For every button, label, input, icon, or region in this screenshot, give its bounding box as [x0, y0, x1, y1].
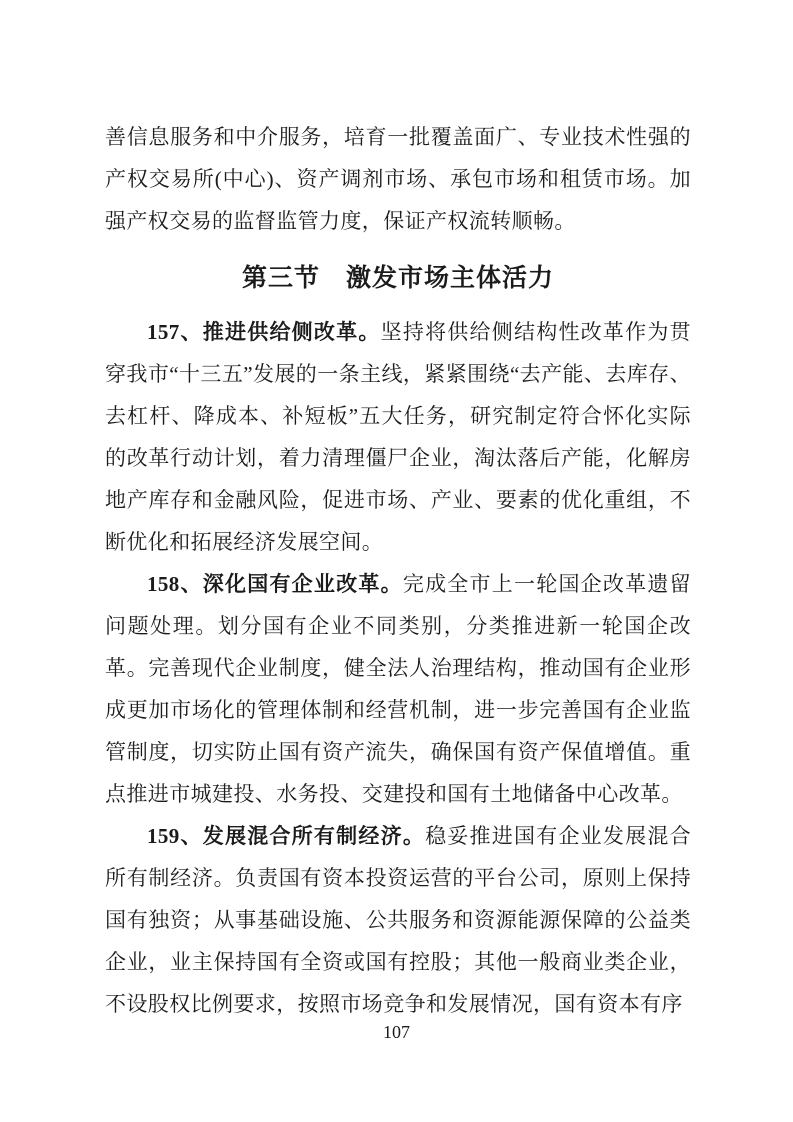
- paragraph-157-lead: 157、推进供给侧改革。: [147, 320, 381, 344]
- paragraph-157-text: 坚持将供给侧结构性改革作为贯穿我市“十三五”发展的一条主线，紧紧围绕“去产能、去…: [105, 320, 691, 554]
- paragraph-159: 159、发展混合所有制经济。稳妥推进国有企业发展混合所有制经济。负责国有资本投资…: [105, 815, 691, 1025]
- page-number: 107: [0, 1020, 793, 1044]
- paragraph-159-lead: 159、发展混合所有制经济。: [147, 824, 425, 848]
- continuation-paragraph: 善信息服务和中介服务，培育一批覆盖面广、专业技术性强的产权交易所(中心)、资产调…: [105, 116, 691, 242]
- paragraph-157: 157、推进供给侧改革。坚持将供给侧结构性改革作为贯穿我市“十三五”发展的一条主…: [105, 311, 691, 563]
- document-body: 善信息服务和中介服务，培育一批覆盖面广、专业技术性强的产权交易所(中心)、资产调…: [105, 116, 691, 1025]
- paragraph-158-text: 完成全市上一轮国企改革遗留问题处理。划分国有企业不同类别，分类推进新一轮国企改革…: [105, 572, 691, 806]
- paragraph-158-lead: 158、深化国有企业改革。: [147, 572, 403, 596]
- paragraph-159-text: 稳妥推进国有企业发展混合所有制经济。负责国有资本投资运营的平台公司，原则上保持国…: [105, 824, 691, 1016]
- document-page: 善信息服务和中介服务，培育一批覆盖面广、专业技术性强的产权交易所(中心)、资产调…: [0, 0, 793, 1122]
- paragraph-158: 158、深化国有企业改革。完成全市上一轮国企改革遗留问题处理。划分国有企业不同类…: [105, 563, 691, 815]
- section-heading: 第三节 激发市场主体活力: [105, 258, 691, 300]
